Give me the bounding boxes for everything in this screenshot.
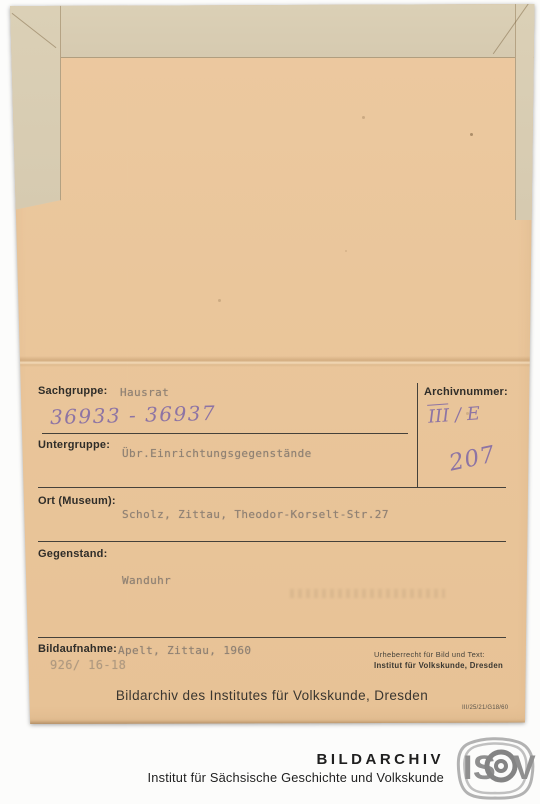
erased-typewriter-smudge — [290, 589, 445, 598]
inventory-number-range-handwriting: 36933 - 36937 — [50, 401, 217, 429]
copyright-line2: Institut für Volkskunde, Dresden — [374, 661, 503, 671]
archivnummer-roman: III — [427, 403, 450, 427]
sachgruppe-row-rule — [42, 433, 408, 434]
print-form-code: III/25/21/G18/60 — [462, 705, 508, 711]
untergruppe-value: Übr.Einrichtungsgegenstände — [122, 447, 312, 460]
archivnummer-handwriting-line2: 207 — [447, 441, 498, 476]
footer-title: BILDARCHIV — [148, 751, 444, 769]
paper-speck — [345, 250, 347, 252]
sachgruppe-label: Sachgruppe: — [38, 385, 107, 397]
ort-museum-label: Ort (Museum): — [38, 495, 116, 507]
logo-letter-g-inner — [496, 761, 506, 771]
envelope-imprint: Bildarchiv des Institutes für Volkskunde… — [8, 688, 536, 704]
sachgruppe-value: Hausrat — [120, 386, 169, 399]
footer-subtitle: Institut für Sächsische Geschichte und V… — [148, 770, 444, 785]
envelope-left-flap — [10, 4, 61, 216]
horizontal-fold-crease — [8, 356, 536, 367]
archivnummer-column-divider — [417, 383, 418, 488]
gegenstand-row-rule — [38, 541, 506, 542]
logo-letter-i: I — [463, 749, 472, 787]
copyright-line1: Urheberrecht für Bild und Text: — [374, 650, 485, 660]
isgv-logo-icon: I S V — [455, 736, 537, 802]
bildaufnahme-label: Bildaufnahme: — [38, 643, 117, 655]
ort-row-rule — [38, 487, 506, 488]
paper-speck — [362, 116, 365, 119]
logo-letter-v: V — [513, 749, 536, 787]
negative-number: 926/ 16-18 — [50, 658, 126, 672]
envelope-back: Sachgruppe: Hausrat 36933 - 36937 Unterg… — [8, 4, 536, 724]
gegenstand-label: Gegenstand: — [38, 548, 107, 560]
archivnummer-label: Archivnummer: — [424, 386, 508, 398]
envelope-right-flap — [515, 4, 535, 220]
footer-branding: BILDARCHIV Institut für Sächsische Gesch… — [148, 751, 444, 785]
envelope-top-flap — [8, 4, 536, 58]
paper-speck — [218, 299, 221, 302]
untergruppe-label: Untergruppe: — [38, 439, 110, 451]
archivnummer-suffix: / E — [449, 403, 481, 426]
ort-museum-value: Scholz, Zittau, Theodor-Korselt-Str.27 — [122, 508, 389, 521]
bildaufnahme-row-rule — [38, 637, 506, 638]
bildaufnahme-value: Apelt, Zittau, 1960 — [118, 644, 251, 657]
paper-speck — [470, 133, 473, 136]
scanned-archive-envelope: Sachgruppe: Hausrat 36933 - 36937 Unterg… — [8, 4, 536, 724]
archivnummer-handwriting-line1: III / E — [427, 403, 480, 428]
gegenstand-value: Wanduhr — [122, 574, 171, 587]
